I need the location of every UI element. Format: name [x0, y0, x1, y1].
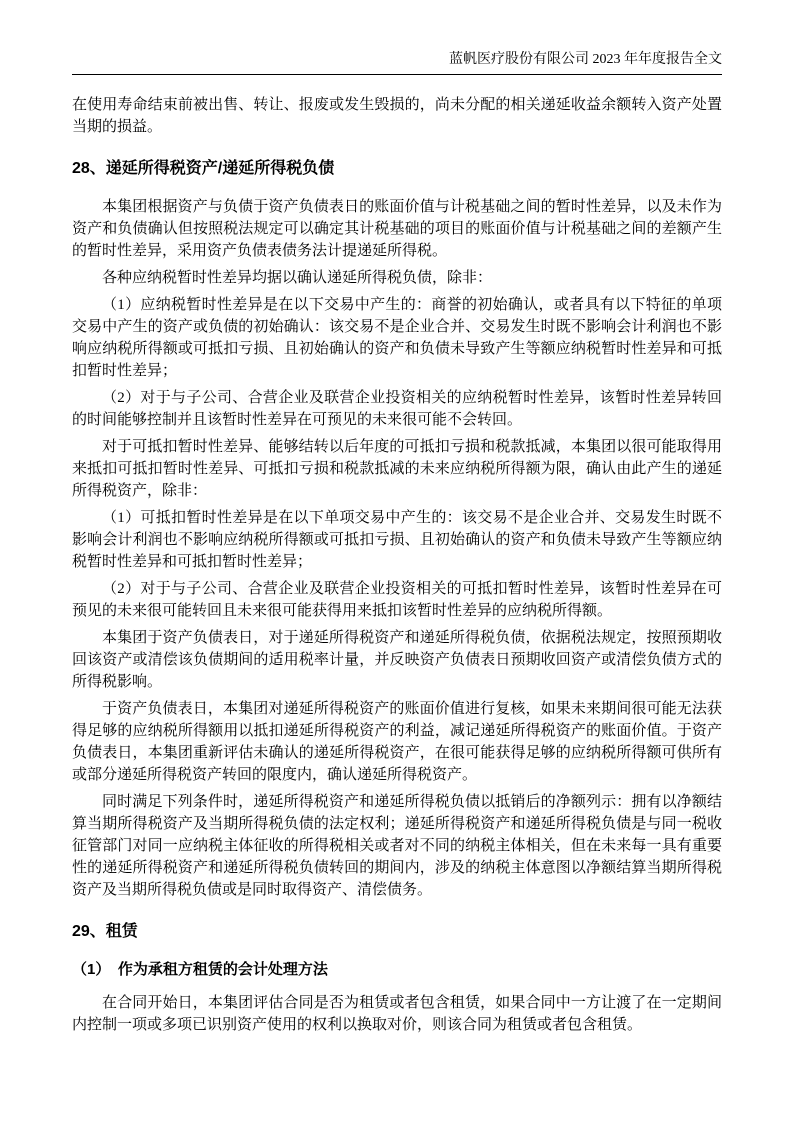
page-header: 蓝帆医疗股份有限公司 2023 年年度报告全文: [72, 50, 722, 75]
section-28-paragraph: （1）可抵扣暂时性差异是在以下单项交易中产生的：该交易不是企业合并、交易发生时既…: [72, 507, 722, 573]
section-29-subheading: （1） 作为承租方租赁的会计处理方法: [72, 959, 722, 980]
page-content: 在使用寿命结束前被出售、转让、报废或发生毁损的，尚未分配的相关递延收益余额转入资…: [72, 94, 722, 1036]
section-28-paragraph: （1）应纳税暂时性差异是在以下交易中产生的：商誉的初始确认，或者具有以下特征的单…: [72, 294, 722, 382]
section-28-paragraph: （2）对于与子公司、合营企业及联营企业投资相关的应纳税暂时性差异，该暂时性差异转…: [72, 387, 722, 431]
section-28-paragraph: （2）对于与子公司、合营企业及联营企业投资相关的可抵扣暂时性差异，该暂时性差异在…: [72, 578, 722, 622]
section-28-paragraph: 对于可抵扣暂时性差异、能够结转以后年度的可抵扣亏损和税款抵减，本集团以很可能取得…: [72, 436, 722, 502]
section-28-paragraph: 于资产负债表日，本集团对递延所得税资产的账面价值进行复核，如果未来期间很可能无法…: [72, 698, 722, 786]
paragraph-continuation: 在使用寿命结束前被出售、转让、报废或发生毁损的，尚未分配的相关递延收益余额转入资…: [72, 94, 722, 138]
section-28-paragraph: 各种应纳税暂时性差异均据以确认递延所得税负债，除非：: [72, 267, 722, 289]
report-page: 蓝帆医疗股份有限公司 2023 年年度报告全文 在使用寿命结束前被出售、转让、报…: [0, 0, 793, 1122]
section-28-heading: 28、递延所得税资产/递延所得税负债: [72, 158, 722, 180]
section-28-paragraph: 本集团于资产负债表日，对于递延所得税资产和递延所得税负债，依据税法规定，按照预期…: [72, 627, 722, 693]
section-28-paragraph: 本集团根据资产与负债于资产负债表日的账面价值与计税基础之间的暂时性差异，以及未作…: [72, 196, 722, 262]
header-title: 蓝帆医疗股份有限公司 2023 年年度报告全文: [449, 52, 722, 67]
section-29-paragraph: 在合同开始日，本集团评估合同是否为租赁或者包含租赁，如果合同中一方让渡了在一定期…: [72, 992, 722, 1036]
section-29-heading: 29、租赁: [72, 921, 722, 943]
section-28-paragraph: 同时满足下列条件时，递延所得税资产和递延所得税负债以抵销后的净额列示：拥有以净额…: [72, 791, 722, 901]
